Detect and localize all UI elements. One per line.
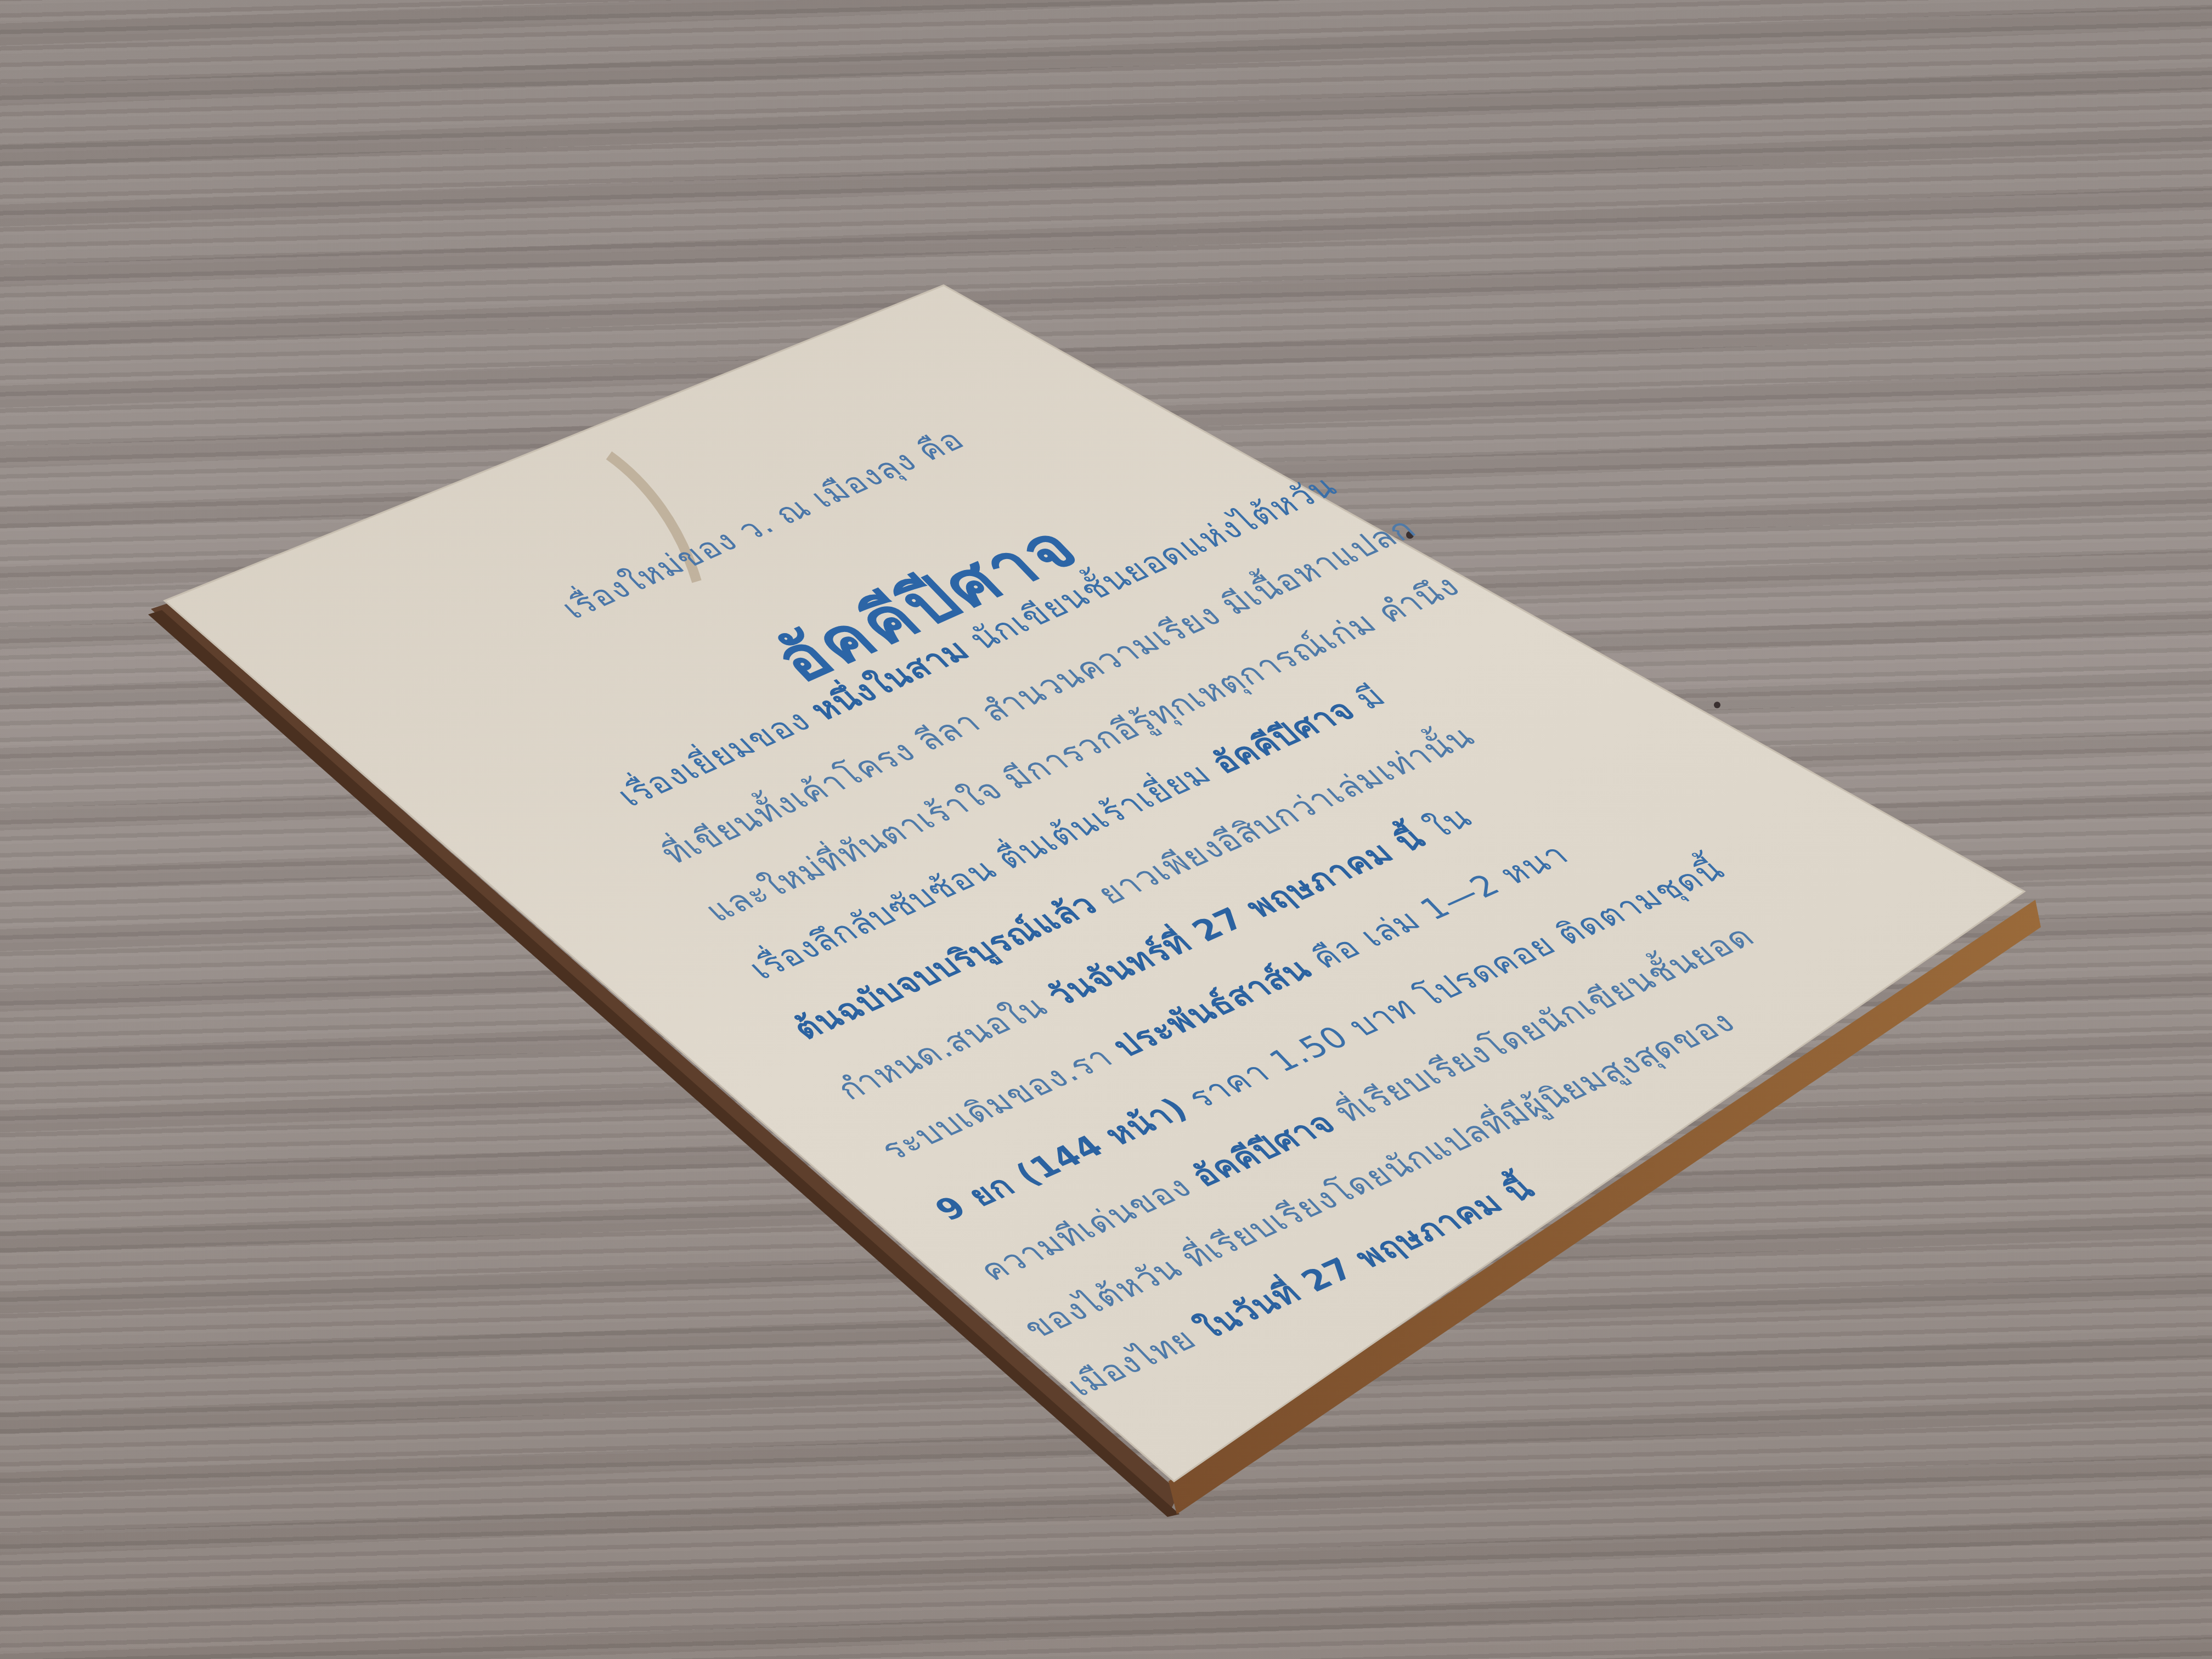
binding-hole bbox=[1714, 702, 1720, 708]
